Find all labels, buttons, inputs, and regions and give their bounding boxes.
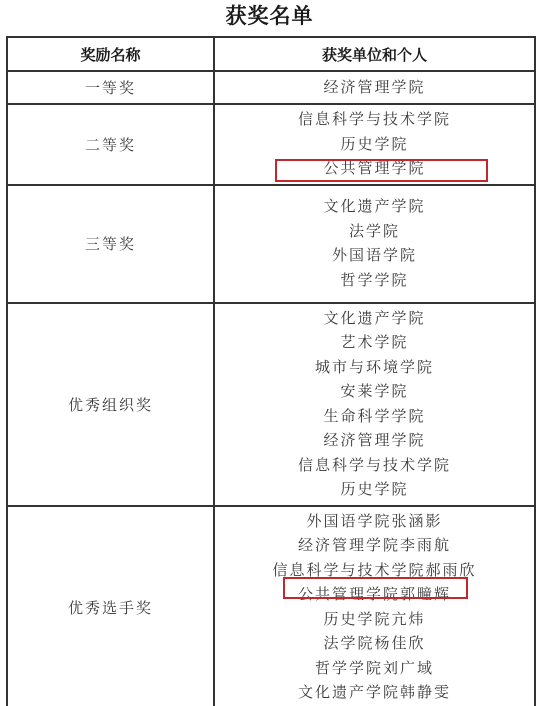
header-winners: 获奖单位和个人 — [214, 37, 535, 71]
winner-item: 历史学院 — [340, 132, 408, 157]
winner-item: 艺术学院 — [340, 330, 408, 355]
winner-item: 文化遗产学院 — [323, 306, 425, 331]
document-title: 获奖名单 — [0, 2, 539, 30]
winner-item: 文化遗产学院韩静雯 — [298, 680, 451, 705]
winner-item: 历史学院亢炜 — [323, 607, 425, 632]
award-name-cell: 优秀组织奖 — [7, 303, 214, 506]
winner-list: 文化遗产学院 艺术学院 城市与环境学院 安莱学院 生命科学学院 经济管理学院 信… — [215, 304, 534, 505]
winner-item: 文化遗产学院 — [323, 194, 425, 219]
header-award-name: 奖励名称 — [7, 37, 214, 71]
award-name-cell: 二等奖 — [7, 104, 214, 185]
winner-item: 哲学学院刘广域 — [315, 656, 434, 681]
table-header-row: 奖励名称 获奖单位和个人 — [7, 37, 535, 71]
winner-item: 安莱学院 — [340, 379, 408, 404]
award-name-cell: 三等奖 — [7, 185, 214, 303]
winner-item: 法学院 — [349, 219, 400, 244]
winner-item: 城市与环境学院 — [315, 355, 434, 380]
table-row-organization-award: 优秀组织奖 文化遗产学院 艺术学院 城市与环境学院 安莱学院 生命科学学院 经济… — [7, 303, 535, 506]
winner-list: 外国语学院张涵影 经济管理学院李雨航 信息科学与技术学院郝雨欣 公共管理学院郭疃… — [215, 507, 534, 706]
winner-item: 外国语学院 — [332, 243, 417, 268]
table-row-third-prize: 三等奖 文化遗产学院 法学院 外国语学院 哲学学院 — [7, 185, 535, 303]
winner-list: 信息科学与技术学院 历史学院 公共管理学院 — [215, 105, 534, 184]
winners-cell: 文化遗产学院 艺术学院 城市与环境学院 安莱学院 生命科学学院 经济管理学院 信… — [214, 303, 535, 506]
winner-list: 经济管理学院 — [215, 73, 534, 103]
table-row-first-prize: 一等奖 经济管理学院 — [7, 71, 535, 104]
winner-item: 哲学学院 — [340, 268, 408, 293]
winner-item: 历史学院 — [340, 477, 408, 502]
winners-cell: 外国语学院张涵影 经济管理学院李雨航 信息科学与技术学院郝雨欣 公共管理学院郭疃… — [214, 506, 535, 706]
award-name-cell: 一等奖 — [7, 71, 214, 104]
winner-item-highlighted: 公共管理学院郭疃辉 — [298, 582, 451, 607]
winner-item: 信息科学与技术学院郝雨欣 — [272, 558, 476, 583]
award-list-table: 奖励名称 获奖单位和个人 一等奖 经济管理学院 二等奖 信息科学与技术学院 历史… — [6, 36, 536, 706]
winner-item: 法学院杨佳欣 — [323, 631, 425, 656]
winner-item: 经济管理学院 — [323, 75, 425, 100]
winner-item: 外国语学院张涵影 — [306, 509, 442, 534]
winner-item: 信息科学与技术学院 — [298, 107, 451, 132]
winner-item: 经济管理学院李雨航 — [298, 533, 451, 558]
winners-cell: 文化遗产学院 法学院 外国语学院 哲学学院 — [214, 185, 535, 303]
winner-item: 生命科学学院 — [323, 404, 425, 429]
winners-cell: 经济管理学院 — [214, 71, 535, 104]
winners-cell: 信息科学与技术学院 历史学院 公共管理学院 — [214, 104, 535, 185]
winner-item: 经济管理学院 — [323, 428, 425, 453]
table-row-outstanding-player-award: 优秀选手奖 外国语学院张涵影 经济管理学院李雨航 信息科学与技术学院郝雨欣 公共… — [7, 506, 535, 706]
winner-item: 信息科学与技术学院 — [298, 453, 451, 478]
winner-item-highlighted: 公共管理学院 — [323, 156, 425, 181]
table-row-second-prize: 二等奖 信息科学与技术学院 历史学院 公共管理学院 — [7, 104, 535, 185]
winner-list: 文化遗产学院 法学院 外国语学院 哲学学院 — [215, 192, 534, 295]
award-name-cell: 优秀选手奖 — [7, 506, 214, 706]
